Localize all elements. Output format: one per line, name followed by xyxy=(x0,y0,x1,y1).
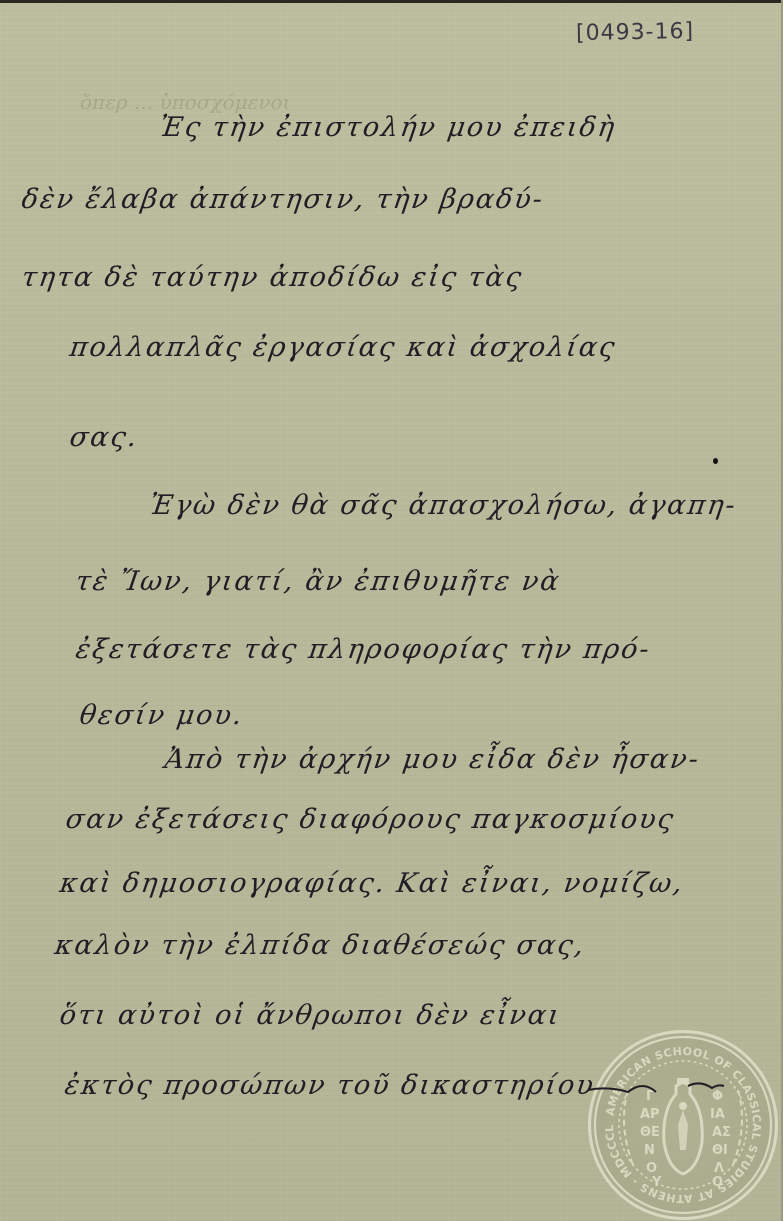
page-top-edge xyxy=(0,0,783,3)
handwritten-line: καὶ δημοσιογραφίας. Καὶ εἶναι, νομίζω, xyxy=(58,868,686,899)
manuscript-page: [0493-16] ὅπερ ... ὑποσχόμενοι Ἐς τὴν ἐπ… xyxy=(0,0,783,1221)
handwritten-line: ἐξετάσετε τὰς πληροφορίας τὴν πρό- xyxy=(74,634,653,665)
handwritten-line: ὅτι αὐτοὶ οἱ ἄνθρωποι δὲν εἶναι xyxy=(58,1000,563,1031)
handwritten-line: τὲ Ἴων, γιατί, ἂν ἐπιθυμῆτε νὰ xyxy=(74,566,563,597)
seal-emblem-icon: AMERICAN SCHOOL OF CLASSICAL STUDIES AT … xyxy=(588,1030,778,1220)
svg-text:Λ: Λ xyxy=(714,1161,724,1176)
svg-text:ΑΣ: ΑΣ xyxy=(712,1125,731,1140)
handwritten-line: Ἀπὸ τὴν ἀρχήν μου εἶδα δὲν ἦσαν- xyxy=(163,744,702,775)
svg-text:Ν: Ν xyxy=(644,1143,655,1158)
handwritten-line: καλὸν τὴν ἐλπίδα διαθέσεώς σας, xyxy=(53,930,588,961)
svg-text:Ο: Ο xyxy=(646,1161,657,1176)
svg-text:Ο: Ο xyxy=(712,1175,723,1190)
svg-text:ΘΙ: ΘΙ xyxy=(712,1143,728,1158)
handwritten-line: δὲν ἔλαβα ἀπάντησιν, τὴν βραδύ- xyxy=(20,184,546,215)
handwritten-line: σαν ἐξετάσεις διαφόρους παγκοσμίους xyxy=(64,804,677,835)
handwritten-line: θεσίν μου. xyxy=(78,700,246,731)
handwritten-line: τητα δὲ ταύτην ἀποδίδω εἰς τὰς xyxy=(20,262,525,293)
archive-reference: [0493-16] xyxy=(576,19,695,46)
bleed-through-text: ὅπερ ... ὑποσχόμενοι xyxy=(80,90,290,114)
svg-text:ΙΑ: ΙΑ xyxy=(710,1107,725,1122)
handwritten-line: πολλαπλᾶς ἐργασίας καὶ ἀσχολίας xyxy=(68,332,619,363)
svg-text:Γ: Γ xyxy=(646,1089,654,1104)
handwritten-line: ἐκτὸς προσώπων τοῦ δικαστηρίου xyxy=(63,1070,597,1101)
svg-text:ΘΕ: ΘΕ xyxy=(640,1125,660,1140)
handwritten-line: Ἐγὼ δὲν θὰ σᾶς ἀπασχολήσω, ἀγαπη- xyxy=(148,490,739,521)
handwritten-line: Ἐς τὴν ἐπιστολήν μου ἐπειδὴ xyxy=(158,112,618,143)
handwritten-line: σας. xyxy=(68,422,141,453)
svg-text:Φ: Φ xyxy=(712,1089,723,1104)
svg-text:ΑΡ: ΑΡ xyxy=(640,1107,660,1122)
ascsa-seal-stamp: AMERICAN SCHOOL OF CLASSICAL STUDIES AT … xyxy=(588,1030,778,1220)
svg-text:Υ: Υ xyxy=(651,1175,662,1190)
ink-blot xyxy=(713,458,718,464)
